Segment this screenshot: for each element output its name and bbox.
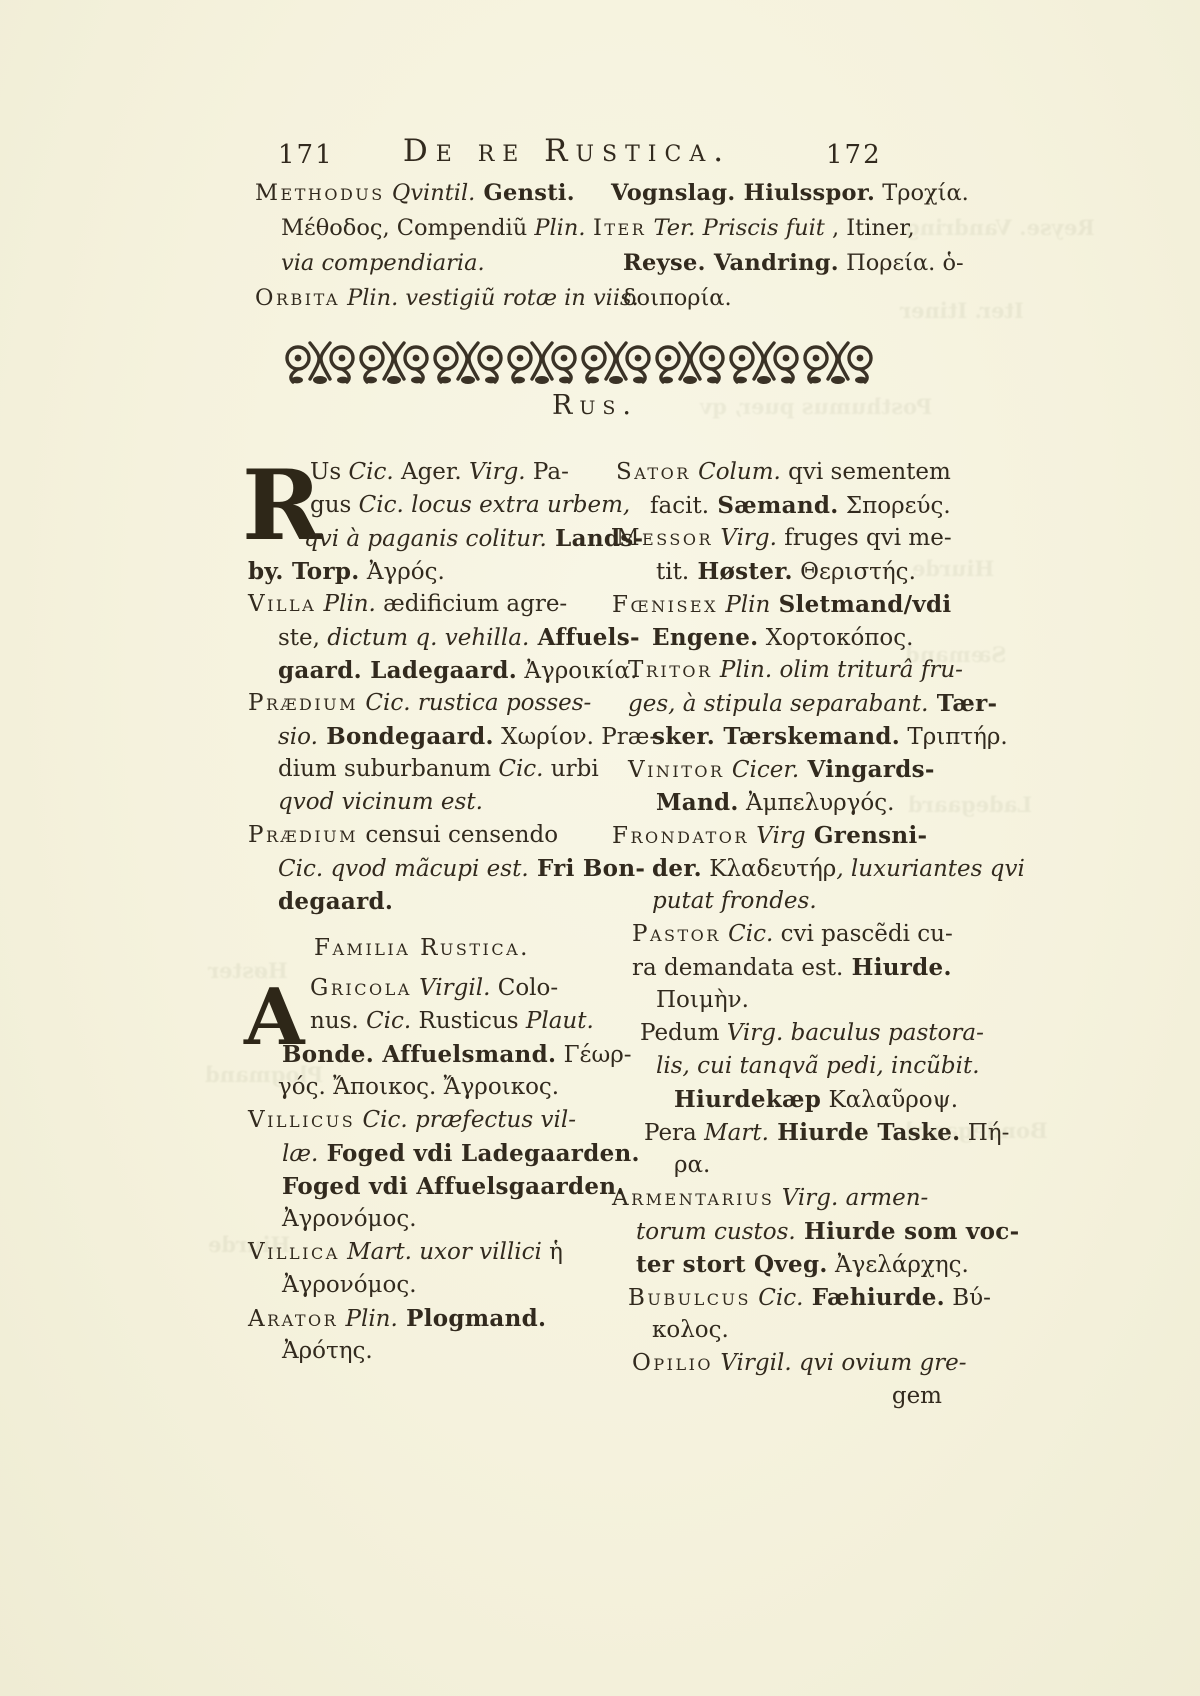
text-segment: Prædium (248, 822, 358, 848)
text-segment: Pastor (632, 921, 721, 947)
text-segment: Virgil. qvi ovium gre- (713, 1350, 967, 1376)
text-segment: Tritor (628, 657, 713, 683)
text-line: Messor Virg. fruges qvi me- (612, 522, 942, 555)
text-segment: Ager. (394, 459, 469, 485)
text-line: Reyse. Vandring. Πορεία. ὁ- (593, 246, 928, 281)
text-line: Prædium censui censendo (248, 819, 596, 852)
text-line: ter stort Qveg. Ἀγελάρχης. (612, 1248, 942, 1281)
text-segment: via compendiaria. (281, 250, 485, 276)
text-line: Pastor Cic. cvi pascẽdi cu- (612, 918, 942, 951)
text-line: Foged vdi Affuelsgaarden. (248, 1170, 596, 1203)
text-segment: Πορεία. ὁ- (839, 250, 964, 276)
text-segment: Plin. (534, 215, 585, 241)
text-line: Orbita Plin. vestigiũ rotæ in viis. (255, 281, 595, 316)
page-number-right: 172 (826, 140, 882, 170)
text-segment: urbi (544, 756, 599, 782)
text-segment: Hiurde som voc- (796, 1218, 1020, 1245)
text-segment: Methodus (255, 180, 385, 206)
text-segment: Καλαῦροψ. (821, 1087, 958, 1113)
text-segment: Fæhiurde. (803, 1284, 945, 1311)
text-line: ra demandata est. Hiurde. (612, 951, 942, 984)
text-segment: , Compendiũ (382, 215, 534, 241)
text-segment: Plaut. (526, 1008, 594, 1034)
main-right-column: Sator Colum. qvi sementemfacit. Sæmand. … (612, 456, 942, 1413)
text-segment: gaard. Ladegaard. (278, 657, 517, 684)
bleedthrough-text: Posthumus puer, qv (700, 394, 932, 419)
text-segment: Τριπτήρ. (900, 724, 1008, 750)
text-segment: Κλαδευτήρ (702, 856, 836, 882)
text-segment: Virg (749, 823, 806, 849)
text-segment: Pedum (640, 1020, 727, 1046)
text-segment: ρα. (674, 1152, 710, 1178)
text-segment: Pera (644, 1120, 704, 1146)
text-segment: Armentarius (612, 1185, 774, 1211)
text-segment: Gricola (310, 975, 412, 1001)
text-segment: der. (652, 855, 702, 882)
bleedthrough-text: Reyse. Vandring (905, 215, 1095, 240)
text-line: Frondator Virg Grensni- (612, 819, 942, 852)
text-segment: Foged vdi Affuelsgaarden. (282, 1173, 625, 1200)
text-segment: Hiurde. (843, 954, 951, 981)
text-segment: Villa (248, 591, 316, 617)
text-segment: Ἀγρός. (360, 559, 445, 585)
text-segment: Gensti. (475, 180, 575, 206)
text-segment: Virg. baculus pastora- (727, 1020, 984, 1046)
text-segment: Θεριστής. (793, 559, 916, 585)
text-segment: ædificium agre- (376, 591, 567, 617)
text-line: Vinitor Cicer. Vingards- (612, 753, 942, 786)
text-segment: Ἀγρονόμος. (282, 1206, 417, 1232)
text-segment: Iter (593, 215, 646, 241)
text-line: Ἀγρονόμος. (248, 1203, 596, 1236)
text-segment: Χορτοκόπος. (758, 625, 913, 651)
text-line: Villica Mart. uxor villici ἡ (248, 1236, 596, 1269)
text-segment: Τροχία. (875, 180, 969, 206)
text-segment: Høster. (689, 558, 793, 585)
text-segment: Cicer. (725, 757, 800, 783)
text-segment: sio. (278, 724, 318, 750)
text-segment: qvi à paganis colitur. (304, 526, 547, 552)
text-line: læ. Foged vdi Ladegaarden. (248, 1137, 596, 1170)
text-line: sker. Tærskemand. Τριπτήρ. (612, 720, 942, 753)
text-segment: sker. Tærskemand. (652, 723, 900, 750)
text-segment: Vinitor (628, 757, 725, 783)
text-line: Gricola Virgil. Colo- (248, 972, 596, 1005)
top-left-column: Methodus Qvintil. Gensti.Μέθοδος, Compen… (255, 176, 595, 316)
text-segment: Bubulcus (628, 1285, 751, 1311)
text-line: Engene. Χορτοκόπος. (612, 621, 942, 654)
text-segment: lis, cui tanqvã pedi, incũbit. (656, 1053, 980, 1079)
text-segment: gus (310, 492, 359, 518)
text-line: Iter Ter. Priscis fuit , Itiner, (593, 211, 928, 246)
text-line: Tritor Plin. olim triturâ fru- (612, 654, 942, 687)
text-segment: dictum q. vehilla. (327, 625, 529, 651)
text-line: gaard. Ladegaard. Ἀγροικία. (248, 654, 596, 687)
top-right-column: Vognslag. Hiulsspor. Τροχία.Iter Ter. Pr… (593, 176, 928, 316)
text-line: Fœnisex Plin Sletmand/vdi (612, 588, 942, 621)
text-line: Villicus Cic. præfectus vil- (248, 1104, 596, 1137)
text-line: torum custos. Hiurde som voc- (612, 1215, 942, 1248)
text-line: sio. Bondegaard. Χωρίον. Præ- (248, 720, 596, 753)
text-segment: Μέθοδος (281, 215, 382, 241)
text-segment: Cic. qvod mãcupi est. (278, 856, 529, 882)
text-segment: Cic. (721, 921, 773, 947)
text-segment: Tær- (928, 690, 997, 717)
text-line: Μέθοδος, Compendiũ Plin. (255, 211, 595, 246)
text-line: Pedum Virg. baculus pastora- (612, 1017, 942, 1050)
page-title: De re Rustica. (297, 133, 837, 169)
bleedthrough-text: Hiurde (912, 556, 994, 581)
text-line: Bubulcus Cic. Fæhiurde. Βύ- (612, 1281, 942, 1314)
text-segment: Villicus (248, 1107, 355, 1133)
text-line: Sator Colum. qvi sementem (612, 456, 942, 489)
text-line: Arator Plin. Plogmand. (248, 1302, 596, 1335)
text-segment: Ἀγελάρχης. (828, 1252, 969, 1278)
text-segment: Messor (616, 525, 713, 551)
text-segment: Βύ- (945, 1285, 991, 1311)
bleedthrough-text: Iter. Itiner (900, 298, 1024, 323)
text-segment: Cic. (498, 756, 543, 782)
text-segment: tit. (656, 559, 689, 585)
text-segment: Opilio (632, 1350, 713, 1376)
text-segment: qvi sementem (781, 459, 951, 485)
text-segment: Virg. armen- (774, 1185, 928, 1211)
bleedthrough-text: Plogmand (205, 1062, 323, 1087)
text-segment: Cic. (366, 1008, 411, 1034)
text-line: nus. Cic. Rusticus Plaut. (248, 1005, 596, 1038)
text-line: tit. Høster. Θεριστής. (612, 555, 942, 588)
text-line: Villa Plin. ædificium agre- (248, 588, 596, 621)
text-line: degaard. (248, 885, 596, 918)
text-line: via compendiaria. (255, 246, 595, 281)
text-segment: Reyse. Vandring. (623, 250, 839, 276)
bleedthrough-text: Hiurde (208, 1232, 290, 1257)
text-segment: Ἀμπελυργός. (739, 790, 895, 816)
text-segment: Vingards- (799, 756, 935, 783)
text-segment: Us (310, 459, 349, 485)
text-segment: Qvintil. (385, 180, 476, 206)
text-segment: Cic. rustica posses- (358, 690, 591, 716)
text-segment: Ἀρότης. (282, 1338, 373, 1364)
text-segment: by. Torp. (248, 558, 360, 585)
book-page: 171 De re Rustica. 172 Methodus Qvintil.… (0, 0, 1200, 1696)
text-segment: Familia Rustica. (314, 935, 530, 961)
text-segment: Virg. (469, 459, 526, 485)
text-line: Us Cic. Ager. Virg. Pa- (248, 456, 596, 489)
text-line: gem (612, 1380, 942, 1413)
text-line: Ἀρότης. (248, 1335, 596, 1368)
ornament-band (283, 334, 875, 388)
text-line: Cic. qvod mãcupi est. Fri Bon- (248, 852, 596, 885)
text-segment: δοιπορία. (623, 285, 732, 311)
text-segment: , luxuriantes qvi (836, 856, 1025, 882)
text-segment: ter stort Qveg. (636, 1251, 828, 1278)
text-segment: Colo- (490, 975, 558, 1001)
text-segment: Cic. (349, 459, 394, 485)
text-segment: Plogmand. (398, 1305, 547, 1332)
text-line: Hiurdekæp Καλαῦροψ. (612, 1083, 942, 1116)
bleedthrough-text: Ladegaard (908, 792, 1032, 817)
text-segment: Ἀγρονόμος. (282, 1272, 417, 1298)
text-segment: Rusticus (411, 1008, 526, 1034)
text-segment: Cic. locus extra urbem, (359, 492, 631, 518)
text-segment: Fœnisex (612, 592, 718, 618)
text-segment: Plin (718, 592, 770, 618)
text-segment: degaard. (278, 888, 393, 915)
text-line: qvod vicinum est. (248, 786, 596, 819)
text-segment: Engene. (652, 624, 758, 651)
text-segment: dium suburbanum (278, 756, 498, 782)
text-line: qvi à paganis colitur. Lands- (248, 522, 596, 555)
text-segment: Hiurdekæp (674, 1086, 821, 1113)
text-segment: Prædium (248, 690, 358, 716)
text-segment: Frondator (612, 823, 749, 849)
text-segment: Mand. (656, 789, 739, 816)
text-segment: censui censendo (358, 822, 558, 848)
text-line: Ποιμὴν. (612, 984, 942, 1017)
text-line: dium suburbanum Cic. urbi (248, 753, 596, 786)
text-segment: torum custos. (636, 1219, 796, 1245)
text-line: der. Κλαδευτήρ, luxuriantes qvi (612, 852, 942, 885)
text-segment: Sæmand. (709, 492, 839, 519)
text-segment: Pa- (526, 459, 569, 485)
text-segment: qvod vicinum est. (278, 789, 483, 815)
text-segment: Sator (616, 459, 691, 485)
text-segment: Cic. præfectus vil- (355, 1107, 576, 1133)
text-line: Ἀγρονόμος. (248, 1269, 596, 1302)
section-heading: Familia Rustica. (248, 932, 596, 965)
text-segment: Colum. (691, 459, 781, 485)
text-segment: Σπορεύς. (839, 493, 951, 519)
text-segment: Mart. (704, 1120, 769, 1146)
text-line: ste, dictum q. vehilla. Affuels- (248, 621, 596, 654)
text-segment: Ter. Priscis fuit (646, 215, 825, 241)
text-segment: putat frondes. (652, 888, 817, 914)
text-segment: Virg. (713, 525, 777, 551)
text-segment: ste, (278, 625, 327, 651)
text-line: gus Cic. locus extra urbem, (248, 489, 596, 522)
bleedthrough-text: Sæmand (905, 642, 1006, 667)
text-segment: nus. (310, 1008, 366, 1034)
bleedthrough-text: Høster (208, 958, 288, 983)
text-segment: Virgil. (412, 975, 491, 1001)
text-segment: Plin. (338, 1306, 398, 1332)
text-segment: læ. (282, 1141, 318, 1167)
text-segment: Bondegaard. (318, 723, 494, 750)
text-segment: , Itiner, (825, 215, 915, 241)
text-segment: Foged vdi Ladegaarden. (318, 1140, 640, 1167)
text-line: ges, à stipula separabant. Tær- (612, 687, 942, 720)
text-line: facit. Sæmand. Σπορεύς. (612, 489, 942, 522)
text-segment: facit. (650, 493, 709, 519)
text-line: κολος. (612, 1314, 942, 1347)
text-line: δοιπορία. (593, 281, 928, 316)
text-segment: Cic. (751, 1285, 803, 1311)
text-line: ρα. (612, 1149, 942, 1182)
text-segment: κολος. (652, 1317, 729, 1343)
text-line: Mand. Ἀμπελυργός. (612, 786, 942, 819)
text-line: Armentarius Virg. armen- (612, 1182, 942, 1215)
text-segment: cvi pascẽdi cu- (773, 921, 952, 947)
text-segment: Grensni- (806, 822, 928, 849)
text-line: Prædium Cic. rustica posses- (248, 687, 596, 720)
bleedthrough-text: Bondegaard (905, 1118, 1048, 1143)
text-segment: Χωρίον. (494, 724, 594, 750)
text-line: Methodus Qvintil. Gensti. (255, 176, 595, 211)
text-segment: gem (892, 1383, 942, 1409)
text-segment: Vognslag. Hiulsspor. (611, 180, 875, 206)
main-left-column: Us Cic. Ager. Virg. Pa-gus Cic. locus ex… (248, 456, 596, 1368)
text-line: lis, cui tanqvã pedi, incũbit. (612, 1050, 942, 1083)
text-segment: ἡ (542, 1239, 563, 1265)
text-segment: Orbita (255, 285, 340, 311)
text-line: Vognslag. Hiulsspor. Τροχία. (593, 176, 928, 211)
text-segment: ges, à stipula separabant. (628, 691, 928, 717)
text-segment: Mart. uxor villici (340, 1239, 542, 1265)
text-segment: Sletmand/vdi (770, 591, 951, 618)
text-segment: ra demandata est. (632, 955, 843, 981)
text-line: Opilio Virgil. qvi ovium gre- (612, 1347, 942, 1380)
text-line: putat frondes. (612, 885, 942, 918)
text-segment: Arator (248, 1306, 338, 1332)
text-segment: fruges qvi me- (777, 525, 952, 551)
text-line: Pera Mart. Hiurde Taske. Πή- (612, 1116, 942, 1149)
text-segment: Plin. (316, 591, 376, 617)
text-line: by. Torp. Ἀγρός. (248, 555, 596, 588)
text-segment: Ποιμὴν. (656, 987, 749, 1013)
